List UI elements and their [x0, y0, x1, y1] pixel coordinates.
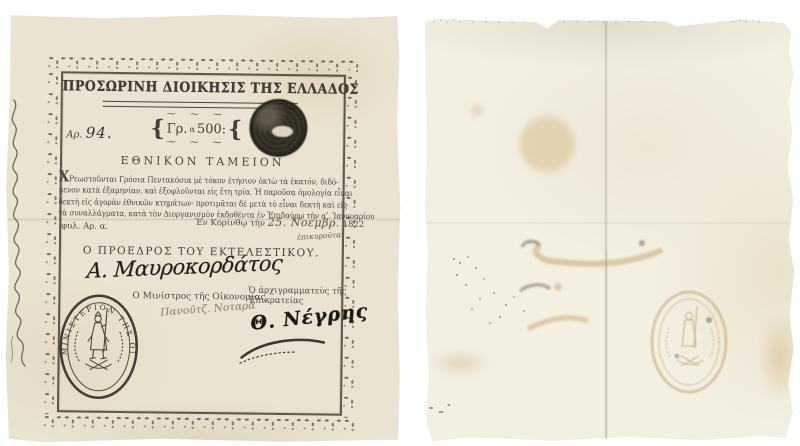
fold-crease-horizontal-back	[425, 222, 795, 224]
stain	[518, 113, 576, 175]
ministry-seal: ΜΙΝΙΣΤΕΡΙΟΝ ΤΗΣ ΟΙΚΟΝΟΜΙΑΣ	[57, 291, 140, 402]
denomination-cartouche: ~ ~ ~ { Γρ.α 500: { ~ ~ ~	[146, 109, 246, 148]
denomination-amount: 500:	[197, 121, 226, 136]
margin-inscription	[1, 74, 33, 374]
back-ministry-seal-ghost	[647, 286, 731, 398]
stain	[430, 348, 490, 378]
ornamental-border-bottom	[43, 412, 356, 434]
folio-note: φυλ. Αρ. α.	[61, 221, 108, 232]
bleedthrough-marks	[510, 233, 670, 363]
stain	[469, 102, 485, 118]
handwritten-date: 25. Νοεμβρ.	[268, 216, 340, 230]
serial-number: Αρ. 94.	[66, 123, 113, 142]
bleedthrough-speckles	[453, 258, 455, 260]
svg-text:ΜΙΝΙΣΤΕΡΙΟΝ ΤΗΣ ΟΙΚΟΝΟΜΙΑΣ: ΜΙΝΙΣΤΕΡΙΟΝ ΤΗΣ ΟΙΚΟΝΟΜΙΑΣ	[57, 291, 138, 356]
cartouche-flourish-top: ~ ~ ~	[127, 109, 267, 121]
cartouche-brace-left: {	[150, 119, 164, 137]
serial-number-label: Αρ.	[66, 129, 82, 140]
dateline-year: 1822	[343, 220, 365, 230]
front-document: ΠΡΟΣΩΡΙΝΗ ΔΙΟΙΚΗΣΙΣ ΤΗΣ ΕΛΛΑΔΟΣ Αρ. 94. …	[5, 14, 401, 443]
photo-stage: ΠΡΟΣΩΡΙΝΗ ΔΙΟΙΚΗΣΙΣ ΤΗΣ ΕΛΛΑΔΟΣ Αρ. 94. …	[0, 0, 800, 446]
cartouche-brace-right: {	[228, 120, 242, 138]
ministry-seal-text: ΜΙΝΙΣΤΕΡΙΟΝ ΤΗΣ ΟΙΚΟΝΟΜΙΑΣ	[57, 291, 138, 356]
stain	[757, 313, 800, 403]
cartouche-flourish-bottom: ~ ~ ~	[126, 137, 266, 149]
denomination-superscript: α	[189, 124, 195, 133]
back-document	[425, 18, 795, 442]
tear-mark	[427, 400, 453, 416]
ornamental-frame: ΠΡΟΣΩΡΙΝΗ ΔΙΟΙΚΗΣΙΣ ΤΗΣ ΕΛΛΑΔΟΣ Αρ. 94. …	[43, 53, 361, 434]
torn-edge-speckles	[425, 18, 795, 23]
dateline-printed: Ἐν Κορίνθῳ τὴν	[195, 218, 265, 229]
serial-number-value: 94.	[86, 124, 113, 142]
denomination-currency: Γρ.	[167, 121, 188, 136]
pen-flourish	[235, 327, 335, 368]
document-title: ΠΡΟΣΩΡΙΝΗ ΔΙΟΙΚΗΣΙΣ ΤΗΣ ΕΛΛΑΔΟΣ	[62, 78, 344, 97]
dateline: Ἐν Κορίνθῳ τὴν 25. Νοεμβρ. 1822	[195, 215, 343, 230]
dropcap: Χ	[59, 167, 70, 185]
